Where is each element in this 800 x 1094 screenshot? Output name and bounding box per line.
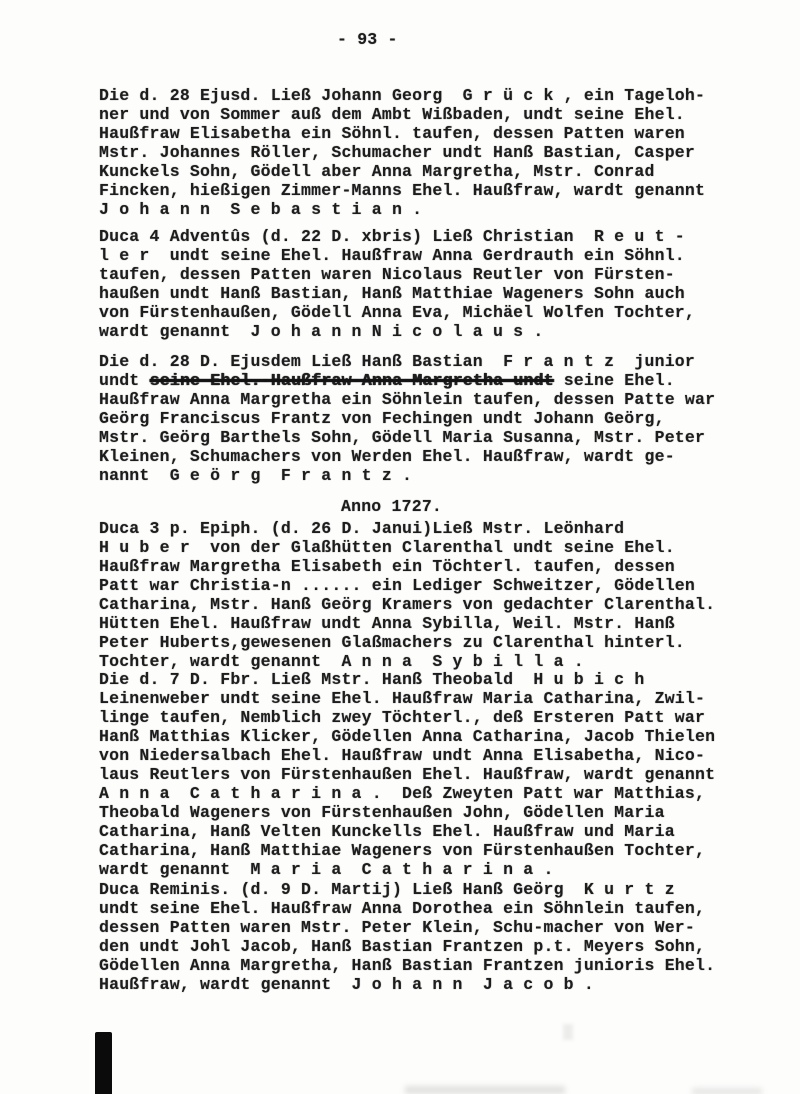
entry-line: Die d. 28 Ejusd. Ließ Johann Georg G r ü… [99, 86, 705, 105]
scan-smudge [692, 1088, 762, 1094]
baptism-entry: Duca Reminis. (d. 9 D. Martij) Ließ Hanß… [99, 880, 715, 994]
entry-line: Mstr. Geörg Barthels Sohn, Gödell Maria … [99, 428, 715, 447]
entry-line: Catharina, Mstr. Hanß Geörg Kramers von … [99, 595, 715, 614]
entry-line: Peter Huberts,gewesenen Glaßmachers zu C… [99, 633, 715, 652]
entry-line: dessen Patten waren Mstr. Peter Klein, S… [99, 918, 715, 937]
entry-line: laus Reutlers von Fürstenhaußen Ehel. Ha… [99, 765, 715, 784]
scan-smudge [563, 1024, 573, 1040]
entry-line: Kunckels Sohn, Gödell aber Anna Margreth… [99, 162, 705, 181]
entry-line: Tochter, wardt genannt A n n a S y b i l… [99, 652, 715, 671]
entry-line: Fincken, hießigen Zimmer-Manns Ehel. Hau… [99, 181, 705, 200]
strikethrough-text: seine Ehel.-Haußfraw-Anna-Margretha undt [150, 371, 554, 390]
scan-artifact-bar [95, 1032, 112, 1094]
scan-smudge [405, 1086, 565, 1094]
page-number: - 93 - [337, 30, 398, 49]
entry-line: Geörg Franciscus Frantz von Fechingen un… [99, 409, 715, 428]
entry-line: Haußfraw Margretha Elisabeth ein Töchter… [99, 557, 715, 576]
entry-line: Haußfraw Elisabetha ein Söhnl. taufen, d… [99, 124, 705, 143]
scanned-register-page: - 93 - Die d. 28 Ejusd. Ließ Johann Geor… [0, 0, 800, 1094]
entry-line: wardt genannt J o h a n n N i c o l a u … [99, 322, 695, 341]
entry-line: linge taufen, Nemblich zwey Töchterl., d… [99, 708, 715, 727]
entry-line: A n n a C a t h a r i n a . Deß Zweyten … [99, 784, 715, 803]
entry-line: Hanß Matthias Klicker, Gödellen Anna Cat… [99, 727, 715, 746]
entry-line: ner und von Sommer auß dem Ambt Wißbaden… [99, 105, 705, 124]
entry-line: Gödellen Anna Margretha, Hanß Bastian Fr… [99, 956, 715, 975]
entry-line: l e r undt seine Ehel. Haußfraw Anna Ger… [99, 246, 695, 265]
entry-line: Catharina, Hanß Velten Kunckells Ehel. H… [99, 822, 715, 841]
baptism-entry: Duca 3 p. Epiph. (d. 26 D. Janui)Ließ Ms… [99, 519, 715, 671]
entry-line: von Fürstenhaußen, Gödell Anna Eva, Mich… [99, 303, 695, 322]
entry-line: Haußfraw Anna Margretha ein Söhnlein tau… [99, 390, 715, 409]
entry-line: Die d. 7 D. Fbr. Ließ Mstr. Hanß Theobal… [99, 670, 715, 689]
entry-line: H u b e r von der Glaßhütten Clarenthal … [99, 538, 715, 557]
entry-line: Haußfraw, wardt genannt J o h a n n J a … [99, 975, 715, 994]
entry-line: haußen undt Hanß Bastian, Hanß Matthiae … [99, 284, 695, 303]
entry-line: Hütten Ehel. Haußfraw undt Anna Sybilla,… [99, 614, 715, 633]
entry-line: nannt G e ö r g F r a n t z . [99, 466, 715, 485]
entry-line: undt seine Ehel. Haußfraw Anna Dorothea … [99, 899, 715, 918]
entry-line: Theobald Wageners von Fürstenhaußen John… [99, 803, 715, 822]
entry-line: Leinenweber undt seine Ehel. Haußfraw Ma… [99, 689, 715, 708]
baptism-entry: Die d. 28 Ejusd. Ließ Johann Georg G r ü… [99, 86, 705, 219]
entry-line: Die d. 28 D. Ejusdem Ließ Hanß Bastian F… [99, 352, 715, 371]
entry-line-text: undt [99, 371, 150, 390]
entry-line: wardt genannt M a r i a C a t h a r i n … [99, 860, 715, 879]
entry-line: undt seine Ehel.-Haußfraw-Anna-Margretha… [99, 371, 715, 390]
entry-line: Duca 3 p. Epiph. (d. 26 D. Janui)Ließ Ms… [99, 519, 715, 538]
baptism-entry: Duca 4 Adventûs (d. 22 D. xbris) Ließ Ch… [99, 227, 695, 341]
entry-line: Patt war Christia-n ...... ein Lediger S… [99, 576, 715, 595]
entry-line: den undt Johl Jacob, Hanß Bastian Frantz… [99, 937, 715, 956]
entry-line: J o h a n n S e b a s t i a n . [99, 200, 705, 219]
entry-line: taufen, dessen Patten waren Nicolaus Reu… [99, 265, 695, 284]
baptism-entry: Die d. 7 D. Fbr. Ließ Mstr. Hanß Theobal… [99, 670, 715, 879]
entry-line: Duca Reminis. (d. 9 D. Martij) Ließ Hanß… [99, 880, 715, 899]
entry-line: von Niedersalbach Ehel. Haußfraw undt An… [99, 746, 715, 765]
section-heading: Anno 1727. [341, 497, 442, 516]
entry-line: Kleinen, Schumachers von Werden Ehel. Ha… [99, 447, 715, 466]
entry-line: Duca 4 Adventûs (d. 22 D. xbris) Ließ Ch… [99, 227, 695, 246]
entry-line: Catharina, Hanß Matthiae Wageners von Fü… [99, 841, 715, 860]
baptism-entry: Die d. 28 D. Ejusdem Ließ Hanß Bastian F… [99, 352, 715, 485]
entry-line: Mstr. Johannes Röller, Schumacher undt H… [99, 143, 705, 162]
entry-line-text: seine Ehel. [554, 371, 675, 390]
